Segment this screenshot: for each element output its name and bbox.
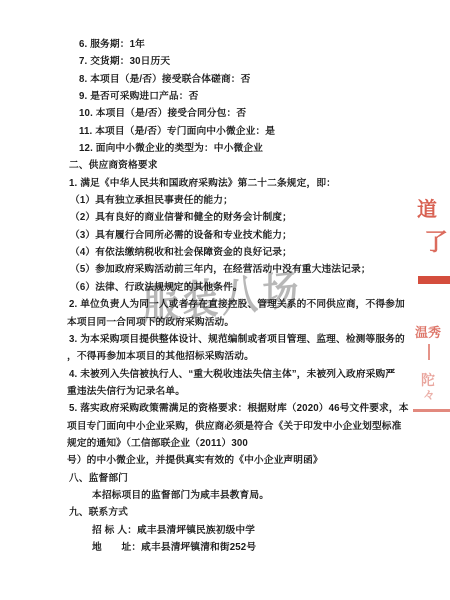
document-line: 2. 单位负责人为同一人或者存在直接控股、管理关系的不同供应商，不得参加 (0, 296, 450, 313)
document-page: 服装八场 6. 服务期：1年7. 交货期：30日历天8. 本项目（是/否）接受联… (0, 0, 450, 600)
document-line: 地 址：咸丰县清坪镇清和街252号 (0, 539, 450, 556)
document-line: 规定的通知》（工信部联企业（2011）300 (0, 435, 450, 452)
document-line: 7. 交货期：30日历天 (0, 53, 450, 70)
document-line: ，不得再参加本项目的其他招标采购活动。 (0, 348, 450, 365)
document-line: 项目专门面向中小企业采购，供应商必须是符合《关于印发中小企业划型标准 (0, 418, 450, 435)
document-line: （5）参加政府采购活动前三年内，在经营活动中没有重大违法记录； (0, 261, 450, 278)
document-line: 1. 满足《中华人民共和国政府采购法》第二十二条规定，即： (0, 175, 450, 192)
document-line: 5. 落实政府采购政策需满足的资格要求：根据财库（2020）46号文件要求，本 (0, 400, 450, 417)
document-line: （3）具有履行合同所必需的设备和专业技术能力； (0, 227, 450, 244)
document-line: 4. 未被列入失信被执行人、“重大税收违法失信主体”，未被列入政府采购严 (0, 366, 450, 383)
document-body: 6. 服务期：1年7. 交货期：30日历天8. 本项目（是/否）接受联合体磋商：… (0, 36, 450, 556)
document-line: 二、供应商资格要求 (0, 157, 450, 174)
document-line: （4）有依法缴纳税收和社会保障资金的良好记录； (0, 244, 450, 261)
document-line: 11. 本项目（是/否）专门面向中小微企业：是 (0, 123, 450, 140)
document-line: 八、监督部门 (0, 470, 450, 487)
document-line: 10. 本项目（是/否）接受合同分包：否 (0, 105, 450, 122)
document-line: 12. 面向中小微企业的类型为：中小微企业 (0, 140, 450, 157)
document-line: 本项目同一合同项下的政府采购活动。 (0, 314, 450, 331)
document-line: （6）法律、行政法规规定的其他条件。 (0, 279, 450, 296)
document-line: 号）的中小微企业，并提供真实有效的《中小企业声明函》 (0, 452, 450, 469)
document-line: 本招标项目的监督部门为咸丰县教育局。 (0, 487, 450, 504)
document-line: 3. 为本采购项目提供整体设计、规范编制或者项目管理、监理、检测等服务的 (0, 331, 450, 348)
document-line: 9. 是否可采购进口产品：否 (0, 88, 450, 105)
document-line: 九、联系方式 (0, 504, 450, 521)
document-line: 重违法失信行为记录名单。 (0, 383, 450, 400)
document-line: （2）具有良好的商业信誉和健全的财务会计制度； (0, 209, 450, 226)
document-line: 6. 服务期：1年 (0, 36, 450, 53)
document-line: 8. 本项目（是/否）接受联合体磋商：否 (0, 71, 450, 88)
document-line: 招 标 人：咸丰县清坪镇民族初级中学 (0, 522, 450, 539)
document-line: （1）具有独立承担民事责任的能力； (0, 192, 450, 209)
